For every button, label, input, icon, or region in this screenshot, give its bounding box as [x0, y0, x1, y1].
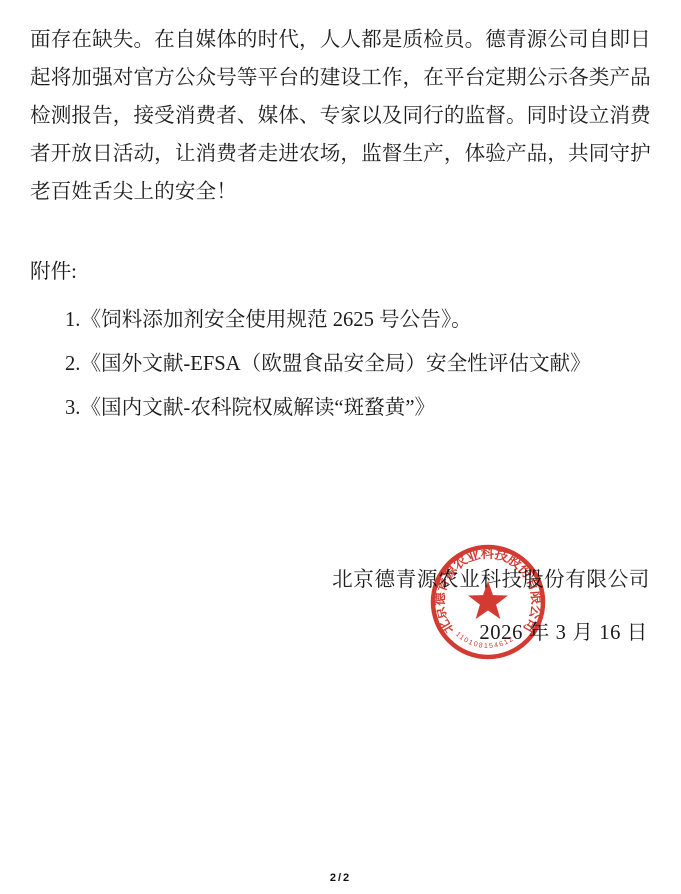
attachments-label: 附件:: [30, 253, 77, 291]
body-line-3: 检测报告，接受消费者、媒体、专家以及同行的监督。同时设立消费: [30, 97, 655, 135]
body-line-5: 老百姓舌尖上的安全！: [30, 173, 655, 211]
seal-ring-number: 110108154612: [454, 631, 516, 650]
body-line-4: 者开放日活动，让消费者走进农场，监督生产，体验产品，共同守护: [30, 135, 655, 173]
body-line-1: 面存在缺失。在自媒体的时代，人人都是质检员。德青源公司自即日: [30, 21, 655, 59]
attachment-item-3: 3.《国内文献-农科院权威解读“斑蝥黄”》: [65, 389, 435, 427]
page-number: 2/2: [0, 872, 681, 884]
company-seal-stamp: 北京德青源农业科技股份有限公司 110108154612: [413, 527, 563, 677]
body-line-2: 起将加强对官方公众号等平台的建设工作，在平台定期公示各类产品: [30, 59, 655, 97]
attachment-item-2: 2.《国外文献-EFSA（欧盟食品安全局）安全性评估文献》: [65, 345, 591, 383]
seal-star-icon: [468, 581, 508, 619]
document-page: 面存在缺失。在自媒体的时代，人人都是质检员。德青源公司自即日 起将加强对官方公众…: [0, 0, 681, 894]
body-paragraph: 面存在缺失。在自媒体的时代，人人都是质检员。德青源公司自即日 起将加强对官方公众…: [30, 21, 655, 211]
attachment-item-1: 1.《饲料添加剂安全使用规范 2625 号公告》。: [65, 301, 472, 339]
